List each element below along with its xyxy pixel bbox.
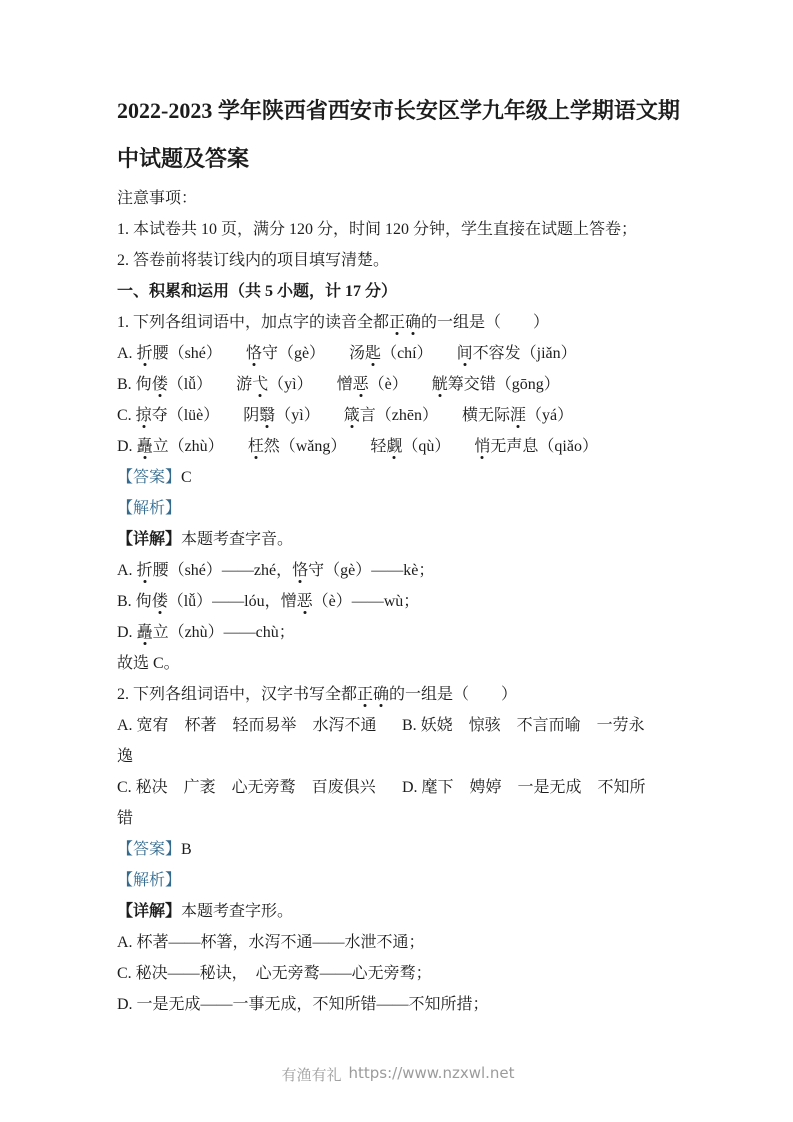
q1-explain-b: B. 佝偻（lǚ）——lóu，憎恶（è）——wù； bbox=[117, 586, 679, 617]
q2-analysis-label: 【解析】 bbox=[117, 872, 181, 889]
q2-detail-text: 本题考查字形。 bbox=[181, 903, 293, 920]
document-page: 2022-2023 学年陕西省西安市长安区学九年级上学期语文期 中试题及答案 注… bbox=[117, 0, 679, 1085]
q2-option-d: D. 麾下 娉婷 一是无成 不知所 bbox=[402, 772, 679, 803]
notice-item-2: 2. 答卷前将装订线内的项目填写清楚。 bbox=[117, 245, 679, 276]
q1-detail-line: 【详解】本题考查字音。 bbox=[117, 524, 679, 555]
q2-option-a: A. 宽宥 杯著 轻而易举 水泻不通 bbox=[117, 710, 402, 741]
document-title-line1: 2022-2023 学年陕西省西安市长安区学九年级上学期语文期 bbox=[117, 87, 679, 135]
q1-analysis-label: 【解析】 bbox=[117, 500, 181, 517]
q1-answer-label: 【答案】 bbox=[117, 469, 181, 486]
q1-stem: 1. 下列各组词语中，加点字的读音全都正确的一组是（ ） bbox=[117, 307, 679, 338]
q2-answer-line: 【答案】B bbox=[117, 834, 679, 865]
q2-explain-c: C. 秘决——秘诀， 心无旁鹜——心无旁骛； bbox=[117, 958, 679, 989]
q2-options-row2: C. 秘决 广袤 心无旁鹜 百废俱兴 D. 麾下 娉婷 一是无成 不知所 bbox=[117, 772, 679, 803]
footer-url[interactable]: https://www.nzxwl.net bbox=[348, 1064, 514, 1085]
q2-option-b: B. 妖娆 惊骇 不言而喻 一劳永 bbox=[402, 710, 679, 741]
q1-detail-label: 【详解】 bbox=[117, 531, 181, 548]
q1-explain-d: D. 矗立（zhù）——chù； bbox=[117, 617, 679, 648]
q1-conclusion: 故选 C。 bbox=[117, 648, 679, 679]
q1-answer-value: C bbox=[181, 469, 192, 486]
q2-answer-value: B bbox=[181, 841, 192, 858]
q2-option-b-wrap: 逸 bbox=[117, 741, 679, 772]
q2-options-row1: A. 宽宥 杯著 轻而易举 水泻不通 B. 妖娆 惊骇 不言而喻 一劳永 bbox=[117, 710, 679, 741]
q1-option-d: D. 矗立（zhù） 枉然（wǎng） 轻觑（qù） 悄无声息（qiǎo） bbox=[117, 431, 679, 462]
q1-option-a: A. 折腰（shé） 恪守（gè） 汤匙（chí） 间不容发（jiǎn） bbox=[117, 338, 679, 369]
document-title-line2: 中试题及答案 bbox=[117, 135, 679, 183]
q1-detail-text: 本题考查字音。 bbox=[181, 531, 293, 548]
q1-answer-line: 【答案】C bbox=[117, 462, 679, 493]
document-title: 2022-2023 学年陕西省西安市长安区学九年级上学期语文期 中试题及答案 bbox=[117, 87, 679, 183]
q2-option-c: C. 秘决 广袤 心无旁鹜 百废俱兴 bbox=[117, 772, 402, 803]
q1-analysis-line: 【解析】 bbox=[117, 493, 679, 524]
q2-answer-label: 【答案】 bbox=[117, 841, 181, 858]
q1-option-c: C. 掠夺（lüè） 阴翳（yì） 箴言（zhēn） 横无际涯（yá） bbox=[117, 400, 679, 431]
q1-explain-a: A. 折腰（shé）——zhé，恪守（gè）——kè； bbox=[117, 555, 679, 586]
q1-option-b: B. 佝偻（lǚ） 游弋（yì） 憎恶（è） 觥筹交错（gōng） bbox=[117, 369, 679, 400]
page-footer: 有渔有礼 https://www.nzxwl.net bbox=[117, 1064, 679, 1085]
q2-detail-line: 【详解】本题考查字形。 bbox=[117, 896, 679, 927]
q2-stem: 2. 下列各组词语中，汉字书写全都正确的一组是（ ） bbox=[117, 679, 679, 710]
notice-item-1: 1. 本试卷共 10 页，满分 120 分，时间 120 分钟，学生直接在试题上… bbox=[117, 214, 679, 245]
q2-option-d-wrap: 错 bbox=[117, 803, 679, 834]
q2-analysis-line: 【解析】 bbox=[117, 865, 679, 896]
q2-detail-label: 【详解】 bbox=[117, 903, 181, 920]
notice-heading: 注意事项： bbox=[117, 183, 679, 214]
q2-explain-d: D. 一是无成——一事无成，不知所错——不知所措； bbox=[117, 989, 679, 1020]
footer-site-name: 有渔有礼 bbox=[281, 1064, 341, 1085]
section1-heading: 一、积累和运用（共 5 小题，计 17 分） bbox=[117, 276, 679, 307]
q2-explain-a: A. 杯著——杯箸，水泻不通——水泄不通； bbox=[117, 927, 679, 958]
